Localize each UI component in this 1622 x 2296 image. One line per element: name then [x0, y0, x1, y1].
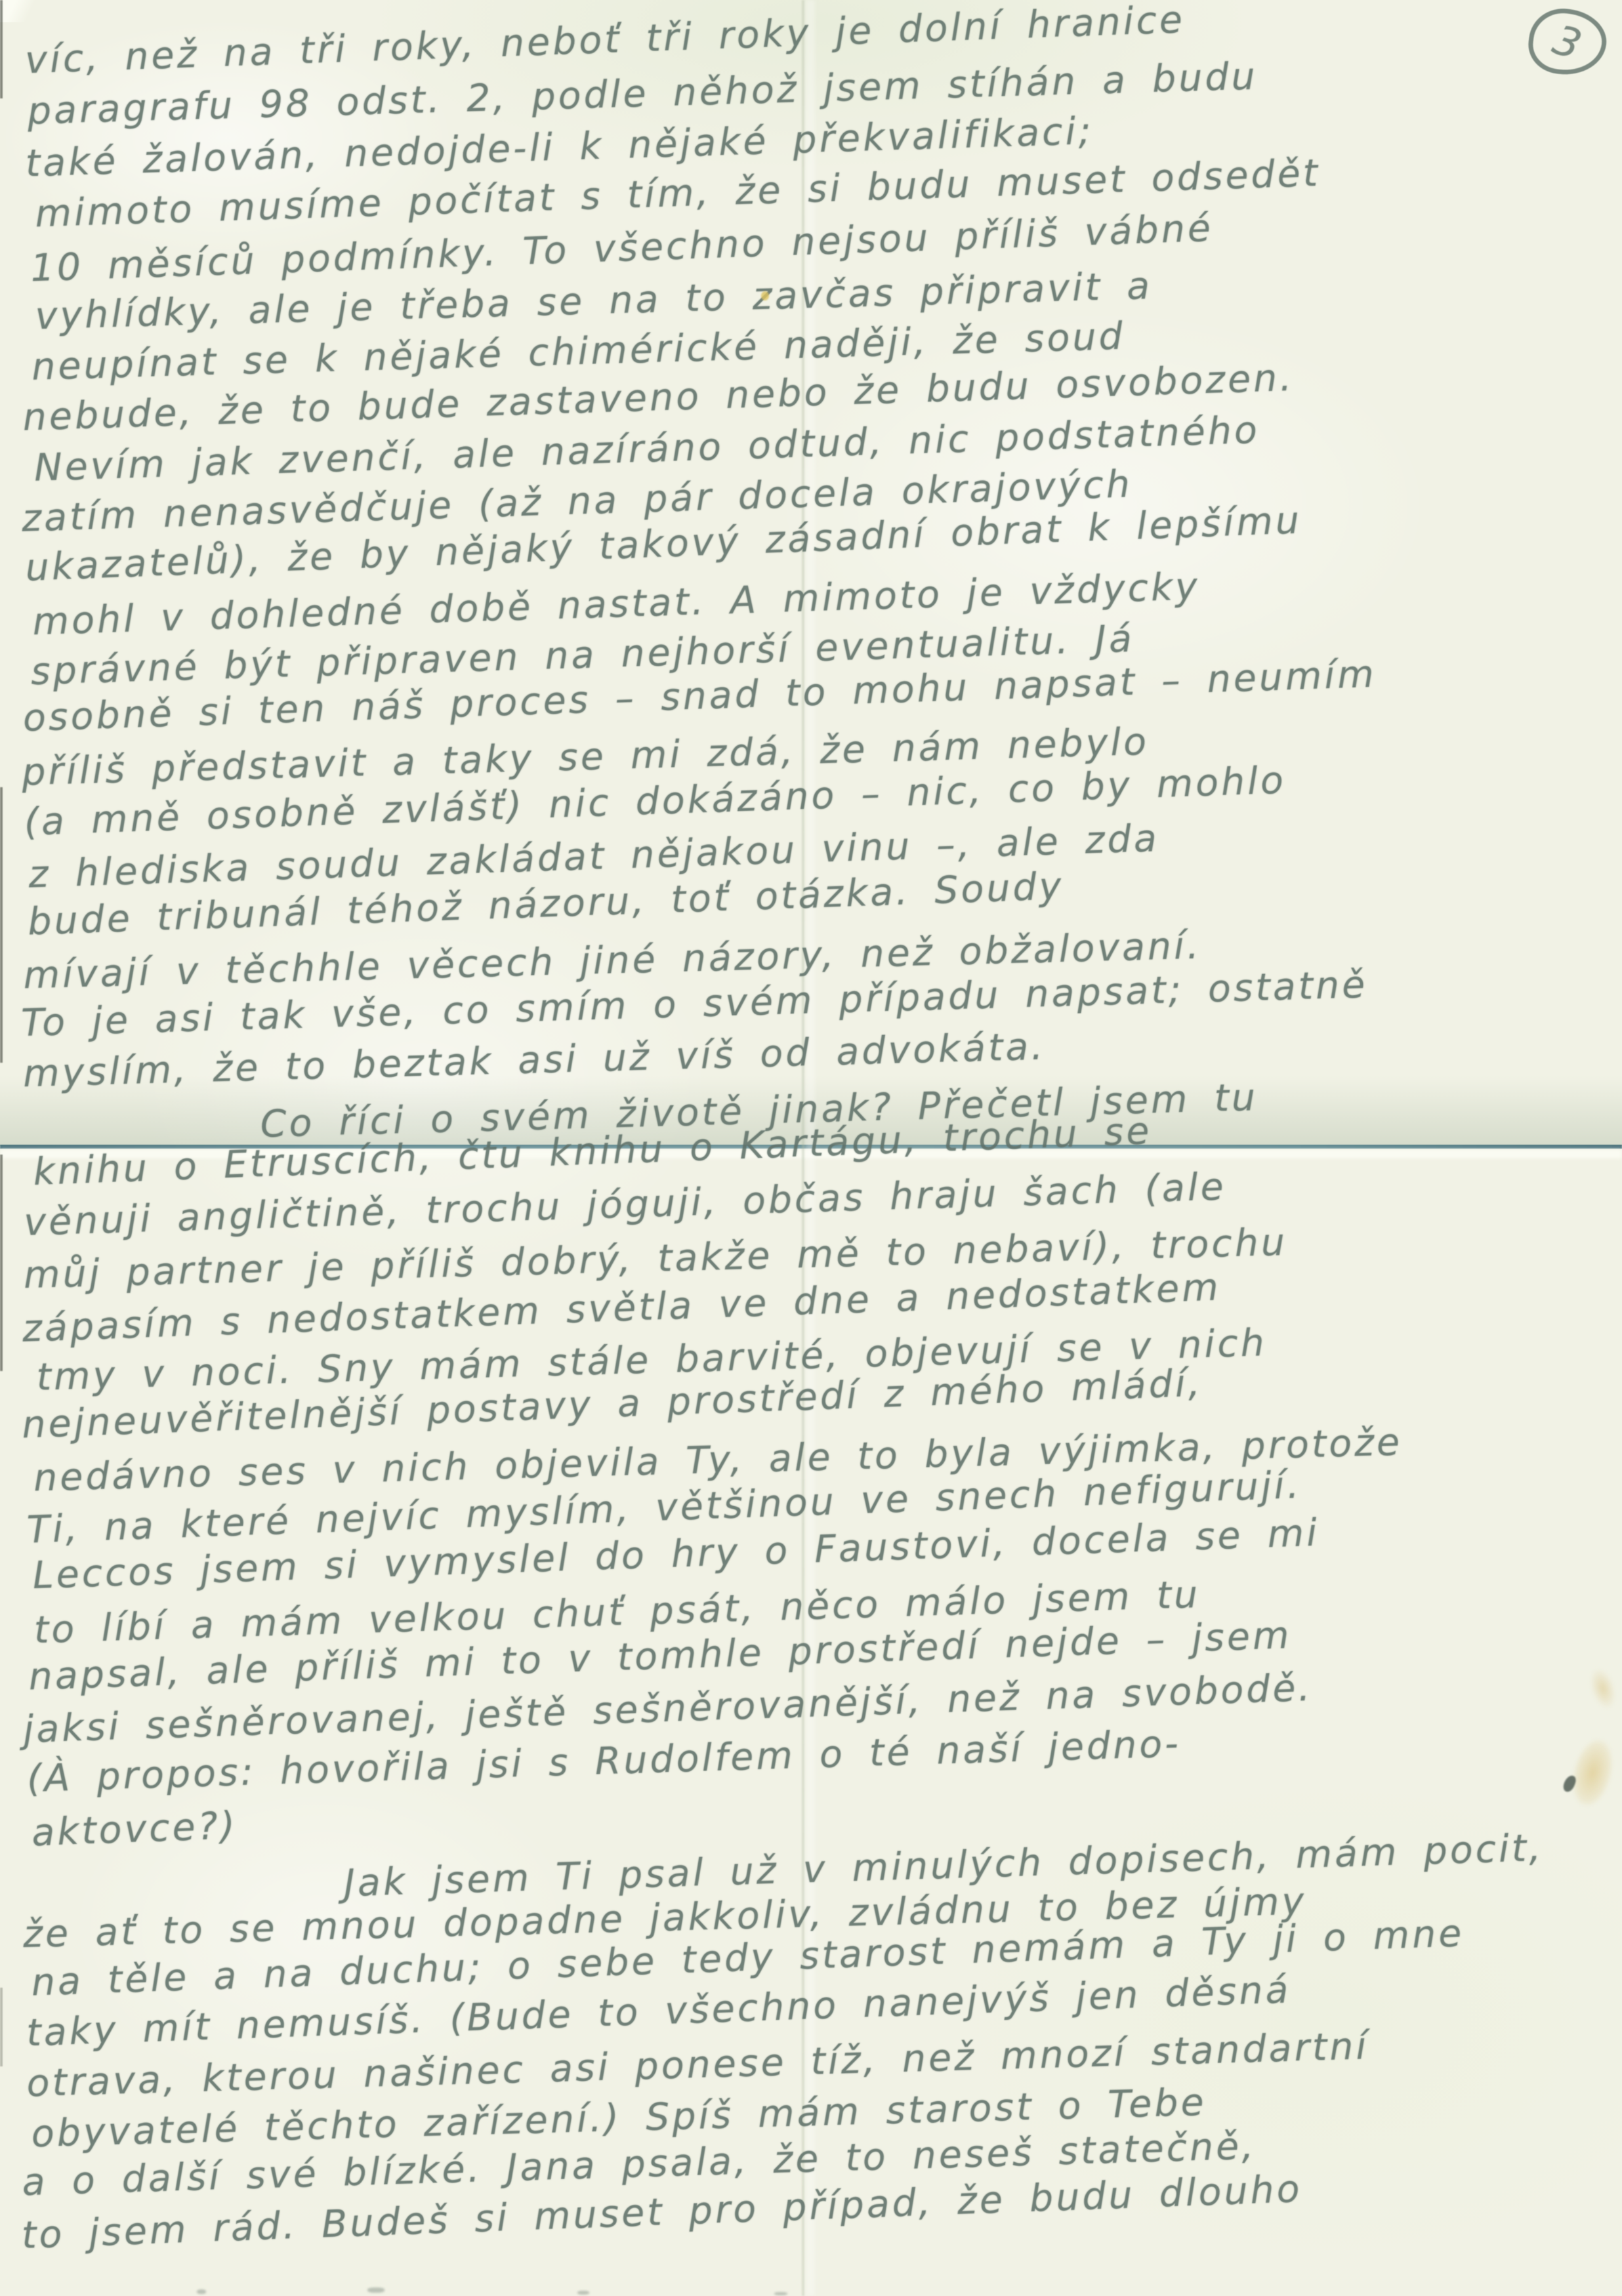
bottom-edge-speck [367, 2287, 385, 2293]
handwriting-text: aktovce?) [31, 1804, 238, 1855]
scan-edge-artifact [0, 0, 3, 98]
paper-speck [761, 291, 769, 300]
scan-edge-artifact [0, 1155, 3, 1371]
handwriting-line: (À propos: hovořila jsi s Rudolfem o té … [29, 1759, 1622, 1810]
handwriting-line: to jsem rád. Budeš si muset pro případ, … [29, 2214, 1622, 2265]
bottom-edge-speck [577, 2291, 589, 2295]
scan-edge-artifact [0, 787, 3, 1063]
letter-page: 3 víc, než na tři roky, neboť tři roky j… [0, 0, 1622, 2296]
scan-edge-artifact [0, 1988, 3, 2066]
letter-body: víc, než na tři roky, neboť tři roky je … [29, 42, 1622, 2265]
bottom-edge-speck [774, 2292, 787, 2295]
bottom-edge-speck [197, 2289, 206, 2294]
paper-corner-sliver [0, 0, 79, 22]
